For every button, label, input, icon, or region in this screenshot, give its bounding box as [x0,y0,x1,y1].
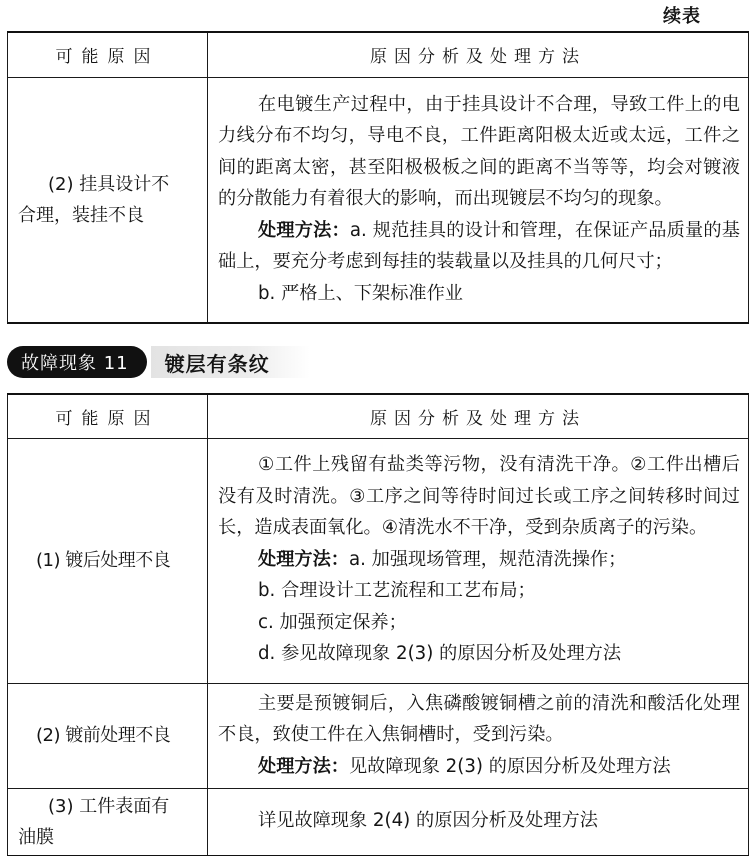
table-fault-11: 可能原因 原因分析及处理方法 (1) 镀后处理不良 ①工件上残留有盐类等污物，没… [7,393,749,856]
method-label: 处理方法： [258,549,349,570]
method-b: b. 合理设计工艺流程和工艺布局； [218,575,740,607]
method-label: 处理方法： [258,756,349,777]
cause-cell: (2) 镀前处理不良 [8,683,208,789]
fault-badge: 故障现象 11 [7,346,147,378]
header-possible-cause: 可能原因 [8,394,208,438]
cause-line-1: (3) 工件表面有 [18,791,197,822]
table-row: (3) 工件表面有 油膜 详见故障现象 2(4) 的原因分析及处理方法 [8,789,749,856]
table-row: (2) 挂具设计不 合理，装挂不良 在电镀生产过程中，由于挂具设计不合理，导致工… [8,77,749,323]
cause-cell: (1) 镀后处理不良 [8,438,208,683]
cause-cell: (2) 挂具设计不 合理，装挂不良 [8,77,208,323]
method-d: d. 参见故障现象 2(3) 的原因分析及处理方法 [218,638,740,670]
analysis-cell: 在电镀生产过程中，由于挂具设计不合理，导致工件上的电力线分布不均匀，导电不良，工… [208,77,749,323]
continued-table-label: 续表 [663,2,701,28]
cause-text: (2) 镀前处理不良 [36,720,197,751]
method-a-text: a. 加强现场管理，规范清洗操作； [349,549,626,570]
analysis-cell: ①工件上残留有盐类等污物，没有清洗干净。②工件出槽后没有及时清洗。③工序之间等待… [208,438,749,683]
analysis-cell: 主要是预镀铜后，入焦磷酸镀铜槽之前的清洗和酸活化处理不良，致使工件在入焦铜槽时，… [208,683,749,789]
header-analysis-method: 原因分析及处理方法 [208,32,749,77]
table-header-row: 可能原因 原因分析及处理方法 [8,32,749,77]
fault-title: 镀层有条纹 [151,346,310,378]
header-analysis-method: 原因分析及处理方法 [208,394,749,438]
method-a: 处理方法：a. 规范挂具的设计和管理，在保证产品质量的基础上，要充分考虑到每挂的… [218,215,740,278]
analysis-text: ①工件上残留有盐类等污物，没有清洗干净。②工件出槽后没有及时清洗。③工序之间等待… [218,449,740,544]
table-continued: 可能原因 原因分析及处理方法 (2) 挂具设计不 合理，装挂不良 在电镀生产过程… [7,31,749,324]
cause-cell: (3) 工件表面有 油膜 [8,789,208,856]
analysis-text: 详见故障现象 2(4) 的原因分析及处理方法 [218,805,740,837]
analysis-cell: 详见故障现象 2(4) 的原因分析及处理方法 [208,789,749,856]
method-text: 见故障现象 2(3) 的原因分析及处理方法 [349,756,671,777]
analysis-text: 在电镀生产过程中，由于挂具设计不合理，导致工件上的电力线分布不均匀，导电不良，工… [218,89,740,215]
cause-line-2: 合理，装挂不良 [18,200,197,231]
method-a: 处理方法：a. 加强现场管理，规范清洗操作； [218,544,740,576]
section-heading: 故障现象 11 镀层有条纹 [7,346,310,378]
analysis-text: 主要是预镀铜后，入焦磷酸镀铜槽之前的清洗和酸活化处理不良，致使工件在入焦铜槽时，… [218,688,740,751]
method-c: c. 加强预定保养； [218,607,740,639]
method-label: 处理方法： [258,220,350,241]
header-possible-cause: 可能原因 [8,32,208,77]
cause-text: (1) 镀后处理不良 [36,545,197,576]
method-b: b. 严格上、下架标准作业 [218,278,740,310]
cause-line-1: (2) 挂具设计不 [18,169,197,200]
method: 处理方法：见故障现象 2(3) 的原因分析及处理方法 [218,751,740,783]
cause-line-2: 油膜 [18,822,197,853]
table-header-row: 可能原因 原因分析及处理方法 [8,394,749,438]
table-row: (1) 镀后处理不良 ①工件上残留有盐类等污物，没有清洗干净。②工件出槽后没有及… [8,438,749,683]
table-row: (2) 镀前处理不良 主要是预镀铜后，入焦磷酸镀铜槽之前的清洗和酸活化处理不良，… [8,683,749,789]
